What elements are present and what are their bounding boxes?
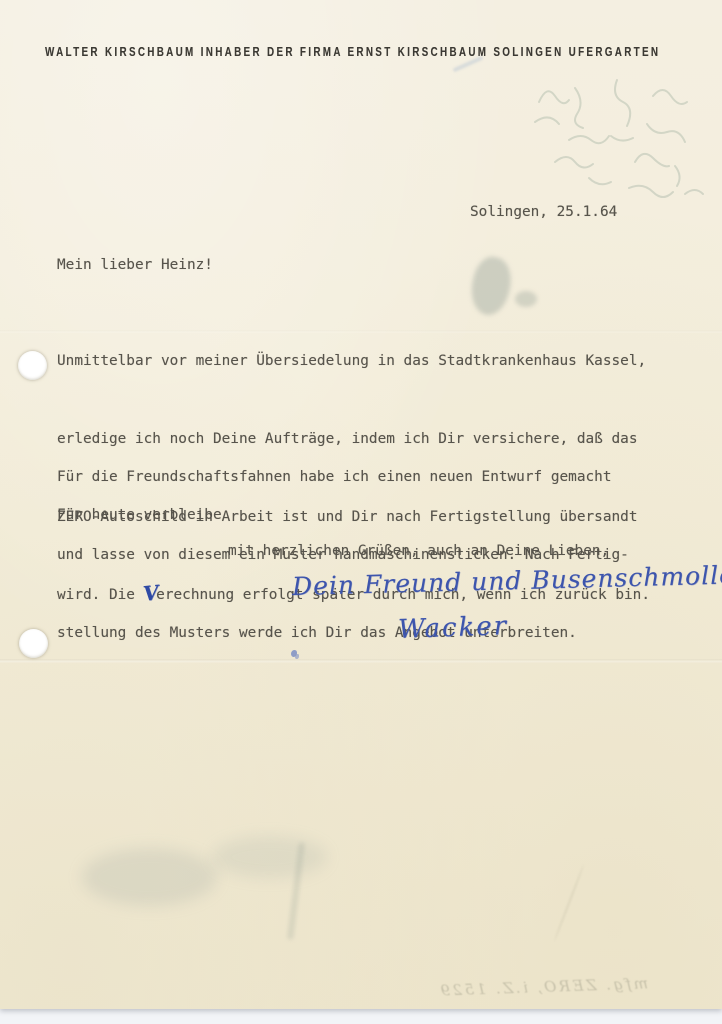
date-line: Solingen, 25.1.64 <box>470 199 617 225</box>
valediction: mit herzlichen Grüßen, auch an Deine Lie… <box>228 538 609 564</box>
signature-line-2: Wacker <box>398 611 509 645</box>
reverse-pencil-note: mfg. ZERO, i.Z. 1529 <box>438 974 648 999</box>
paragraph-1-line-1: Unmittelbar vor meiner Übersiedelung in … <box>57 348 650 374</box>
salutation: Mein lieber Heinz! <box>57 252 213 278</box>
punch-hole-bottom <box>19 629 48 658</box>
crease-lower-right <box>553 864 584 941</box>
fold-line-lower <box>0 659 722 663</box>
punch-hole-top <box>18 351 47 380</box>
closing-line: Für heute verbleibe <box>57 502 222 528</box>
fold-line-upper <box>0 330 722 333</box>
paragraph-2-line-3: stellung des Musters werde ich Dir das A… <box>57 620 629 646</box>
paragraph-2-line-1: Für die Freundschaftsfahnen habe ich ein… <box>57 464 629 490</box>
letterhead: WALTER KIRSCHBAUM INHABER DER FIRMA ERNS… <box>45 44 660 59</box>
smudge-streak <box>287 842 305 940</box>
letter-page: WALTER KIRSCHBAUM INHABER DER FIRMA ERNS… <box>0 0 722 1009</box>
bleedthrough-scribbles <box>525 70 715 215</box>
smudge-lower-left-b <box>212 836 327 878</box>
scan-background: WALTER KIRSCHBAUM INHABER DER FIRMA ERNS… <box>0 0 722 1024</box>
smudge-lower-left-a <box>82 848 217 906</box>
